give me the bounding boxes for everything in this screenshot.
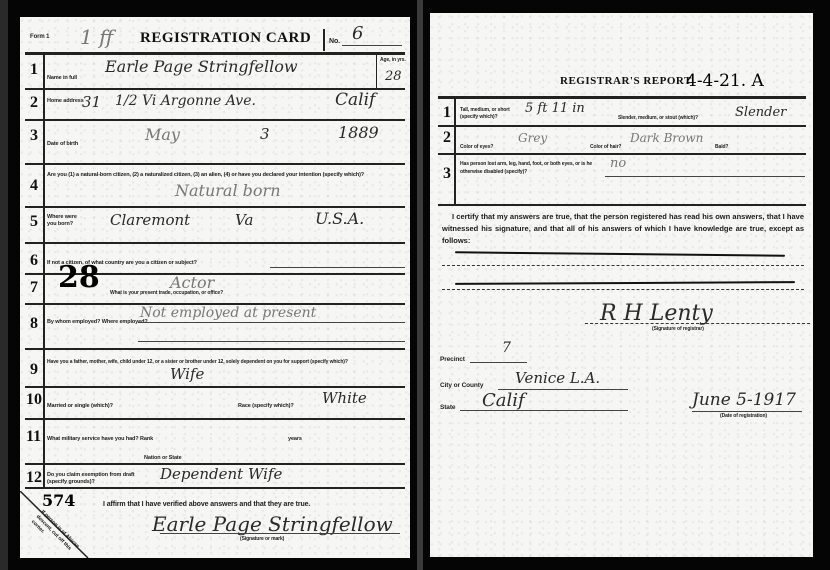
rule — [270, 267, 405, 268]
row-number-rule — [43, 52, 45, 487]
row-number-4: 4 — [30, 177, 38, 195]
strike-line — [455, 281, 795, 285]
corner-number: 574 — [42, 491, 75, 510]
rule — [470, 362, 527, 363]
name-label: Name in full — [47, 75, 77, 81]
rule — [160, 533, 400, 534]
row-number-3: 3 — [30, 127, 38, 145]
birthplace-town: Claremont — [110, 211, 190, 229]
row-number-9: 9 — [30, 361, 38, 379]
military-label: What military service have you had? Rank — [47, 436, 153, 442]
affirmation-text: I affirm that I have verified above answ… — [103, 501, 310, 508]
rule — [692, 411, 802, 412]
dependents-value: Wife — [170, 365, 204, 383]
precinct-value: 7 — [502, 340, 511, 356]
signature-label: (Signature or mark) — [240, 536, 284, 542]
rule — [460, 410, 628, 411]
rule — [442, 265, 804, 266]
marginal-age: 28 — [58, 260, 100, 295]
city-value: Venice L.A. — [515, 369, 600, 387]
height-label: Tall, medium, or short (specify which)? — [460, 107, 518, 121]
address-state: Calif — [335, 90, 375, 110]
registration-date: June 5-1917 — [692, 390, 796, 410]
row-number-rule — [454, 96, 456, 204]
rule — [25, 348, 405, 350]
rule — [585, 323, 810, 324]
row-number-6: 6 — [30, 252, 38, 270]
rule — [438, 125, 806, 127]
form-label: Form 1 — [30, 34, 49, 40]
registrar-signature-label: (Signature of registrar) — [652, 326, 704, 332]
build-value: Slender — [735, 105, 786, 120]
employer-label: By whom employed? Where employed? — [47, 319, 148, 325]
rule — [342, 45, 402, 46]
city-label: City or County — [440, 382, 483, 389]
occupation-value: Actor — [170, 273, 214, 292]
disability-label: Has person lost arm, leg, hand, foot, or… — [460, 160, 605, 176]
strike-line — [455, 251, 785, 256]
marital-label: Married or single (which)? — [47, 403, 113, 409]
build-label: Slender, medium, or stout (which)? — [618, 115, 698, 121]
race-value: White — [322, 389, 367, 407]
certification-text: I certify that my answers are true, that… — [442, 211, 804, 247]
address-number: 31 — [82, 93, 101, 111]
row-number-10: 10 — [26, 391, 42, 409]
date-label: (Date of registration) — [720, 413, 767, 419]
state-value: Calif — [482, 390, 525, 411]
registrars-report: REGISTRAR'S REPORT 4-4-21. A 1 Tall, med… — [430, 13, 813, 557]
military-years-label: years — [288, 436, 302, 442]
birth-label: Date of birth — [47, 141, 78, 147]
bald-label: Bald? — [715, 144, 728, 150]
rule — [25, 386, 405, 388]
divider — [376, 52, 377, 88]
employer-value: Not employed at present — [140, 305, 316, 321]
exemption-label: Do you claim exemption from draft (speci… — [47, 472, 142, 486]
row-number-1: 1 — [30, 61, 38, 79]
age-label: Age, in yrs. — [380, 57, 406, 63]
rule — [25, 206, 405, 208]
birth-month: May — [145, 125, 180, 144]
rule — [138, 341, 405, 342]
hair-color-label: Color of hair? — [590, 144, 621, 150]
birth-year: 1889 — [338, 123, 379, 142]
no-label: No. — [329, 38, 340, 45]
exemption-value: Dependent Wife — [160, 465, 282, 483]
age-value: 28 — [385, 69, 402, 84]
address-street: 1/2 Vi Argonne Ave. — [115, 93, 256, 109]
registration-card-front: Form 1 1 ff REGISTRATION CARD No. 6 1 Na… — [20, 17, 410, 558]
birthplace-label: Where were you born? — [47, 214, 87, 228]
hair-color-value: Dark Brown — [630, 131, 703, 145]
film-edge — [0, 0, 8, 570]
dependents-label: Have you a father, mother, wife, child u… — [47, 353, 407, 371]
rule — [25, 163, 405, 165]
state-label: State — [440, 404, 455, 411]
rule — [438, 96, 806, 99]
name-value: Earle Page Stringfellow — [105, 57, 298, 76]
report-row-number-3: 3 — [443, 165, 451, 183]
rule — [605, 176, 805, 177]
birthplace-state: Va — [235, 211, 253, 229]
rule — [25, 119, 405, 121]
card-title: REGISTRATION CARD — [140, 30, 311, 47]
rule — [25, 242, 405, 244]
address-label: Home address — [47, 98, 87, 105]
rule — [25, 487, 405, 489]
row-number-7: 7 — [30, 279, 38, 297]
height-value: 5 ft 11 in — [525, 101, 585, 116]
citizenship-value: Natural born — [175, 181, 281, 200]
row-number-12: 12 — [26, 469, 42, 487]
military-nation-label: Nation or State — [144, 455, 182, 461]
report-row-number-1: 1 — [443, 104, 451, 122]
birth-day: 3 — [260, 125, 270, 143]
serial-number: 6 — [352, 23, 363, 44]
row-number-8: 8 — [30, 315, 38, 333]
rule — [438, 204, 806, 206]
report-code: 4-4-21. A — [686, 71, 764, 91]
birthplace-country: U.S.A. — [315, 209, 364, 228]
rule — [138, 322, 405, 323]
rule — [438, 153, 806, 155]
rule — [442, 289, 804, 290]
film-divider — [417, 0, 423, 570]
row-number-2: 2 — [30, 94, 38, 112]
row-number-11: 11 — [26, 428, 41, 446]
precinct-label: Precinct — [440, 356, 465, 363]
header-scribble: 1 ff — [80, 25, 113, 49]
disability-value: no — [610, 156, 626, 171]
rule — [25, 52, 405, 55]
eye-color-value: Grey — [518, 131, 547, 145]
race-label: Race (specify which)? — [238, 403, 294, 409]
report-row-number-2: 2 — [443, 129, 451, 147]
row-number-5: 5 — [30, 213, 38, 231]
rule — [25, 418, 405, 420]
divider — [323, 29, 325, 51]
report-title: REGISTRAR'S REPORT — [560, 75, 692, 87]
eye-color-label: Color of eyes? — [460, 144, 493, 150]
